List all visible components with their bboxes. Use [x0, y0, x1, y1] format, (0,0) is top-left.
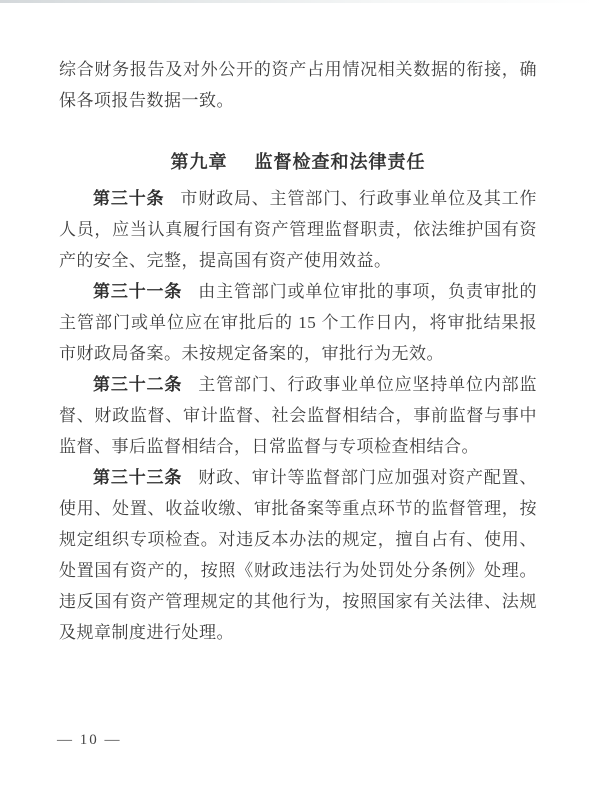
paragraph-intro: 综合财务报告及对外公开的资产占用情况相关数据的衔接，确保各项报告数据一致。	[59, 54, 537, 116]
article-31-paragraph: 第三十一条由主管部门或单位审批的事项，负责审批的主管部门或单位应在审批后的 15…	[59, 276, 537, 369]
chapter-heading: 第九章监督检查和法律责任	[59, 147, 537, 178]
scan-edge-artifact	[0, 0, 596, 3]
article-30-number: 第三十条	[93, 189, 164, 208]
article-33-text: 财政、审计等监督部门应加强对资产配置、使用、处置、收益收缴、审批备案等重点环节的…	[59, 468, 537, 642]
document-page: 综合财务报告及对外公开的资产占用情况相关数据的衔接，确保各项报告数据一致。 第九…	[0, 0, 596, 795]
article-32-number: 第三十二条	[93, 375, 182, 394]
article-30-paragraph: 第三十条市财政局、主管部门、行政事业单位及其工作人员，应当认真履行国有资产管理监…	[59, 183, 537, 276]
page-number: — 10 —	[57, 730, 122, 750]
chapter-label: 第九章	[171, 152, 228, 172]
chapter-title: 监督检查和法律责任	[255, 152, 426, 172]
article-32-paragraph: 第三十二条主管部门、行政事业单位应坚持单位内部监督、财政监督、审计监督、社会监督…	[59, 369, 537, 462]
article-33-number: 第三十三条	[93, 468, 182, 487]
article-33-paragraph: 第三十三条财政、审计等监督部门应加强对资产配置、使用、处置、收益收缴、审批备案等…	[59, 462, 537, 648]
article-31-number: 第三十一条	[93, 282, 182, 301]
page-content: 综合财务报告及对外公开的资产占用情况相关数据的衔接，确保各项报告数据一致。 第九…	[59, 54, 537, 648]
